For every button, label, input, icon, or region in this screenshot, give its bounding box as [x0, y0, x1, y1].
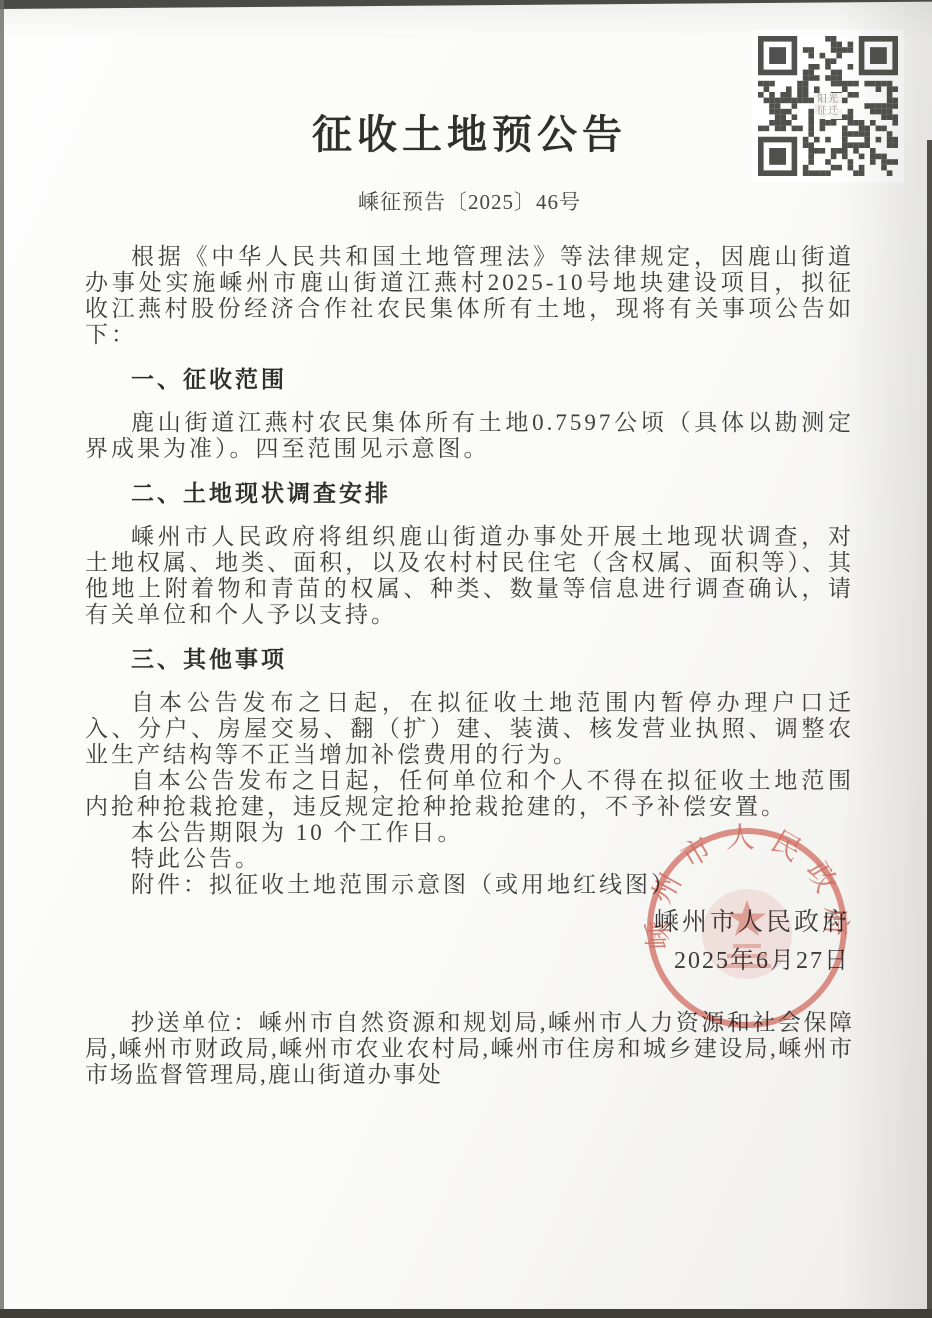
attachment-line: 附件：拟征收土地范围示意图（或用地红线图） [85, 872, 854, 898]
intro-paragraph: 根据《中华人民共和国土地管理法》等法律规定，因鹿山街道办事处实施嵊州市鹿山街道江… [85, 244, 854, 348]
qr-code: 阳光 征迁 [752, 30, 904, 182]
cc-list: 抄送单位：嵊州市自然资源和规划局,嵊州市人力资源和社会保障局,嵊州市财政局,嵊州… [85, 1010, 854, 1088]
hereby-announced-line: 特此公告。 [85, 846, 854, 872]
qr-code-label: 阳光 征迁 [814, 93, 842, 119]
scan-edge-left [0, 0, 4, 1318]
issue-date: 2025年6月27日 [85, 948, 850, 974]
notice-period-line: 本公告期限为 10 个工作日。 [85, 820, 854, 846]
section2-paragraph: 嵊州市人民政府将组织鹿山街道办事处开展土地现状调查，对土地权属、地类、面积，以及… [85, 524, 854, 628]
scan-edge-bottom [0, 1309, 932, 1318]
signature-block: 嵊州市人民政府 2025年6月27日 嵊州市人民政府 [85, 910, 854, 974]
document-title: 征收土地预公告 [85, 112, 854, 158]
scan-edge-right [927, 140, 932, 1318]
section1-paragraph: 鹿山街道江燕村农民集体所有土地0.7597公顷（具体以勘测定界成果为准）。四至范… [85, 410, 854, 462]
document-number: 嵊征预告〔2025〕46号 [85, 190, 854, 214]
qr-label-line1: 阳光 [817, 94, 839, 106]
section3-paragraph-1: 自本公告发布之日起，在拟征收土地范围内暂停办理户口迁入、分户、房屋交易、翻（扩）… [85, 690, 854, 768]
section2-heading: 二、土地现状调查安排 [85, 480, 854, 506]
issuer-name: 嵊州市人民政府 [85, 910, 850, 936]
scanned-document: 阳光 征迁 征收土地预公告 嵊征预告〔2025〕46号 根据《中华人民共和国土地… [0, 0, 932, 1318]
section1-heading: 一、征收范围 [85, 366, 854, 392]
qr-label-line2: 征迁 [817, 106, 839, 118]
section3-paragraph-2: 自本公告发布之日起，任何单位和个人不得在拟征收土地范围内抢种抢栽抢建，违反规定抢… [85, 768, 854, 820]
section3-heading: 三、其他事项 [85, 646, 854, 672]
